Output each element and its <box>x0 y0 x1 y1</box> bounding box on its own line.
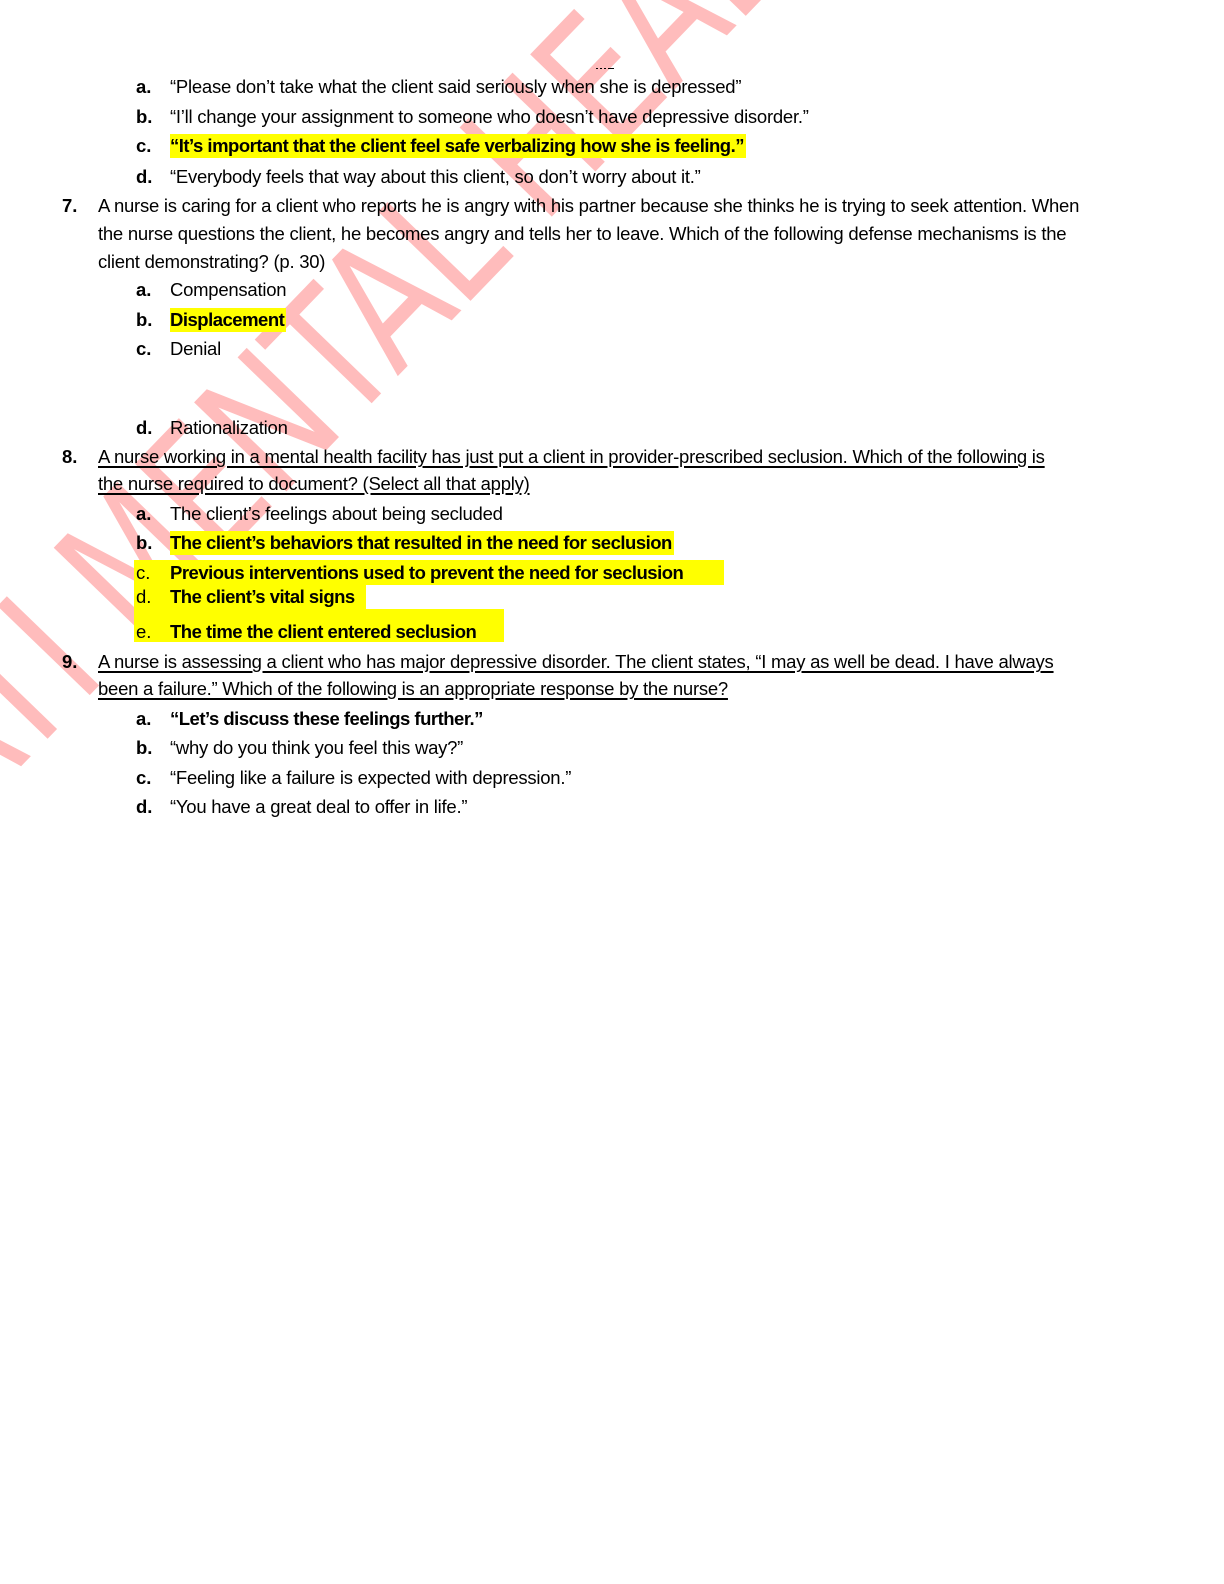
question-text-line: been a failure.” Which of the following … <box>98 677 728 701</box>
option-label: d. <box>136 416 152 440</box>
option-label: a. <box>136 75 151 99</box>
option-label: c. <box>136 134 151 158</box>
option-label: b. <box>136 531 152 555</box>
question-number: 9. <box>62 650 77 674</box>
correct-answer-highlight: Displacement <box>170 308 286 332</box>
option-text: “You have a great deal to offer in life.… <box>170 795 467 819</box>
option-text: Rationalization <box>170 416 288 440</box>
page-content: a. “Please don’t take what the client sa… <box>0 0 1224 1584</box>
option-label: a. <box>136 502 151 526</box>
question-text-line: client demonstrating? (p. 30) <box>98 250 325 274</box>
question-number: 8. <box>62 445 77 469</box>
correct-answer-highlight: The time the client entered seclusion <box>170 620 476 644</box>
question-text-line: A nurse is assessing a client who has ma… <box>98 650 1054 674</box>
option-label: c. <box>136 766 151 790</box>
option-label: d. <box>136 585 151 609</box>
option-label: b. <box>136 736 152 760</box>
option-label: d. <box>136 795 152 819</box>
question-number: 7. <box>62 194 77 218</box>
option-text: Compensation <box>170 278 286 302</box>
option-text: “I’ll change your assignment to someone … <box>170 105 809 129</box>
option-label: c. <box>136 337 151 361</box>
correct-answer-highlight: The client’s behaviors that resulted in … <box>170 531 674 555</box>
option-text: “Please don’t take what the client said … <box>170 75 741 99</box>
option-label: e. <box>136 620 151 644</box>
document-page: ATI MENTAL HEALTH 2023 a. “Please don’t … <box>0 0 1224 1584</box>
option-text: “Everybody feels that way about this cli… <box>170 165 701 189</box>
option-text: The client’s feelings about being seclud… <box>170 502 503 526</box>
option-label: a. <box>136 707 151 731</box>
question-text-line: the nurse required to document? (Select … <box>98 472 530 496</box>
option-label: b. <box>136 308 152 332</box>
option-label: d. <box>136 165 152 189</box>
correct-answer-highlight: Previous interventions used to prevent t… <box>170 561 683 585</box>
correct-answer-highlight: “It’s important that the client feel saf… <box>170 134 746 158</box>
option-text: “why do you think you feel this way?” <box>170 736 463 760</box>
correct-answer-text: “Let’s discuss these feelings further.” <box>170 707 483 731</box>
option-label: a. <box>136 278 151 302</box>
question-text-line: the nurse questions the client, he becom… <box>98 222 1066 246</box>
header-dash-mark <box>596 66 614 70</box>
correct-answer-highlight: The client’s vital signs <box>170 585 355 609</box>
option-label: b. <box>136 105 152 129</box>
option-label: c. <box>136 561 150 585</box>
option-text: “Feeling like a failure is expected with… <box>170 766 571 790</box>
option-text: Denial <box>170 337 221 361</box>
question-text-line: A nurse is caring for a client who repor… <box>98 194 1079 218</box>
question-text-line: A nurse working in a mental health facil… <box>98 445 1045 469</box>
